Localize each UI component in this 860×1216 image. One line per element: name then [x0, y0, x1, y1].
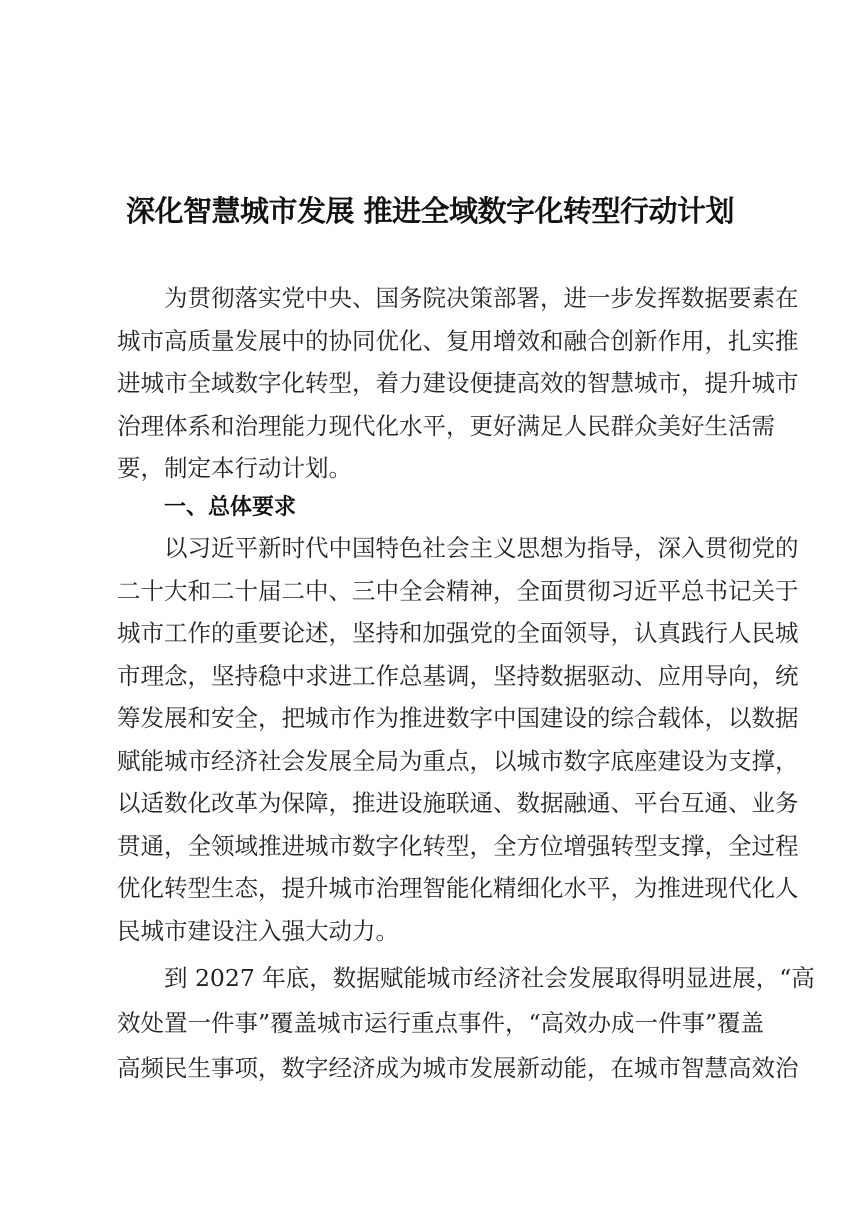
text-line: 到 2027 年底，数据赋能城市经济社会发展取得明显进展，“高: [117, 956, 747, 1001]
section-heading: 一、总体要求: [164, 487, 296, 529]
text-line: 效处置一件事”覆盖城市运行重点事件，“高效办成一件事”覆盖: [117, 1001, 747, 1046]
document-title: 深化智慧城市发展 推进全域数字化转型行动计划: [0, 190, 860, 232]
text-line: 优化转型生态，提升城市治理智能化精细化水平，为推进现代化人: [117, 867, 747, 910]
text-line: 以习近平新时代中国特色社会主义思想为指导，深入贯彻党的: [117, 527, 747, 570]
text-line: 二十大和二十届二中、三中全会精神，全面贯彻习近平总书记关于: [117, 570, 747, 613]
text-line: 高频民生事项，数字经济成为城市发展新动能，在城市智慧高效治: [117, 1046, 747, 1091]
intro-paragraph: 为贯彻落实党中央、国务院决策部署，进一步发挥数据要素在 城市高质量发展中的协同优…: [117, 277, 747, 490]
document-page: 深化智慧城市发展 推进全域数字化转型行动计划 为贯彻落实党中央、国务院决策部署，…: [0, 0, 860, 1216]
text-line: 要，制定本行动计划。: [117, 447, 747, 490]
text-line: 民城市建设注入强大动力。: [117, 910, 747, 953]
guiding-principles-paragraph: 以习近平新时代中国特色社会主义思想为指导，深入贯彻党的 二十大和二十届二中、三中…: [117, 527, 747, 952]
text-line: 赋能城市经济社会发展全局为重点，以城市数字底座建设为支撑，: [117, 740, 747, 783]
text-line: 以适数化改革为保障，推进设施联通、数据融通、平台互通、业务: [117, 782, 747, 825]
text-line: 贯通，全领域推进城市数字化转型，全方位增强转型支撑，全过程: [117, 825, 747, 868]
text-line: 城市高质量发展中的协同优化、复用增效和融合创新作用，扎实推: [117, 320, 747, 363]
text-line: 市理念，坚持稳中求进工作总基调，坚持数据驱动、应用导向，统: [117, 655, 747, 698]
text-line: 为贯彻落实党中央、国务院决策部署，进一步发挥数据要素在: [117, 277, 747, 320]
text-line: 进城市全域数字化转型，着力建设便捷高效的智慧城市，提升城市: [117, 362, 747, 405]
text-line: 城市工作的重要论述，坚持和加强党的全面领导，认真践行人民城: [117, 612, 747, 655]
text-line: 治理体系和治理能力现代化水平，更好满足人民群众美好生活需: [117, 405, 747, 448]
goals-2027-paragraph: 到 2027 年底，数据赋能城市经济社会发展取得明显进展，“高 效处置一件事”覆…: [117, 956, 747, 1091]
text-line: 筹发展和安全，把城市作为推进数字中国建设的综合载体，以数据: [117, 697, 747, 740]
